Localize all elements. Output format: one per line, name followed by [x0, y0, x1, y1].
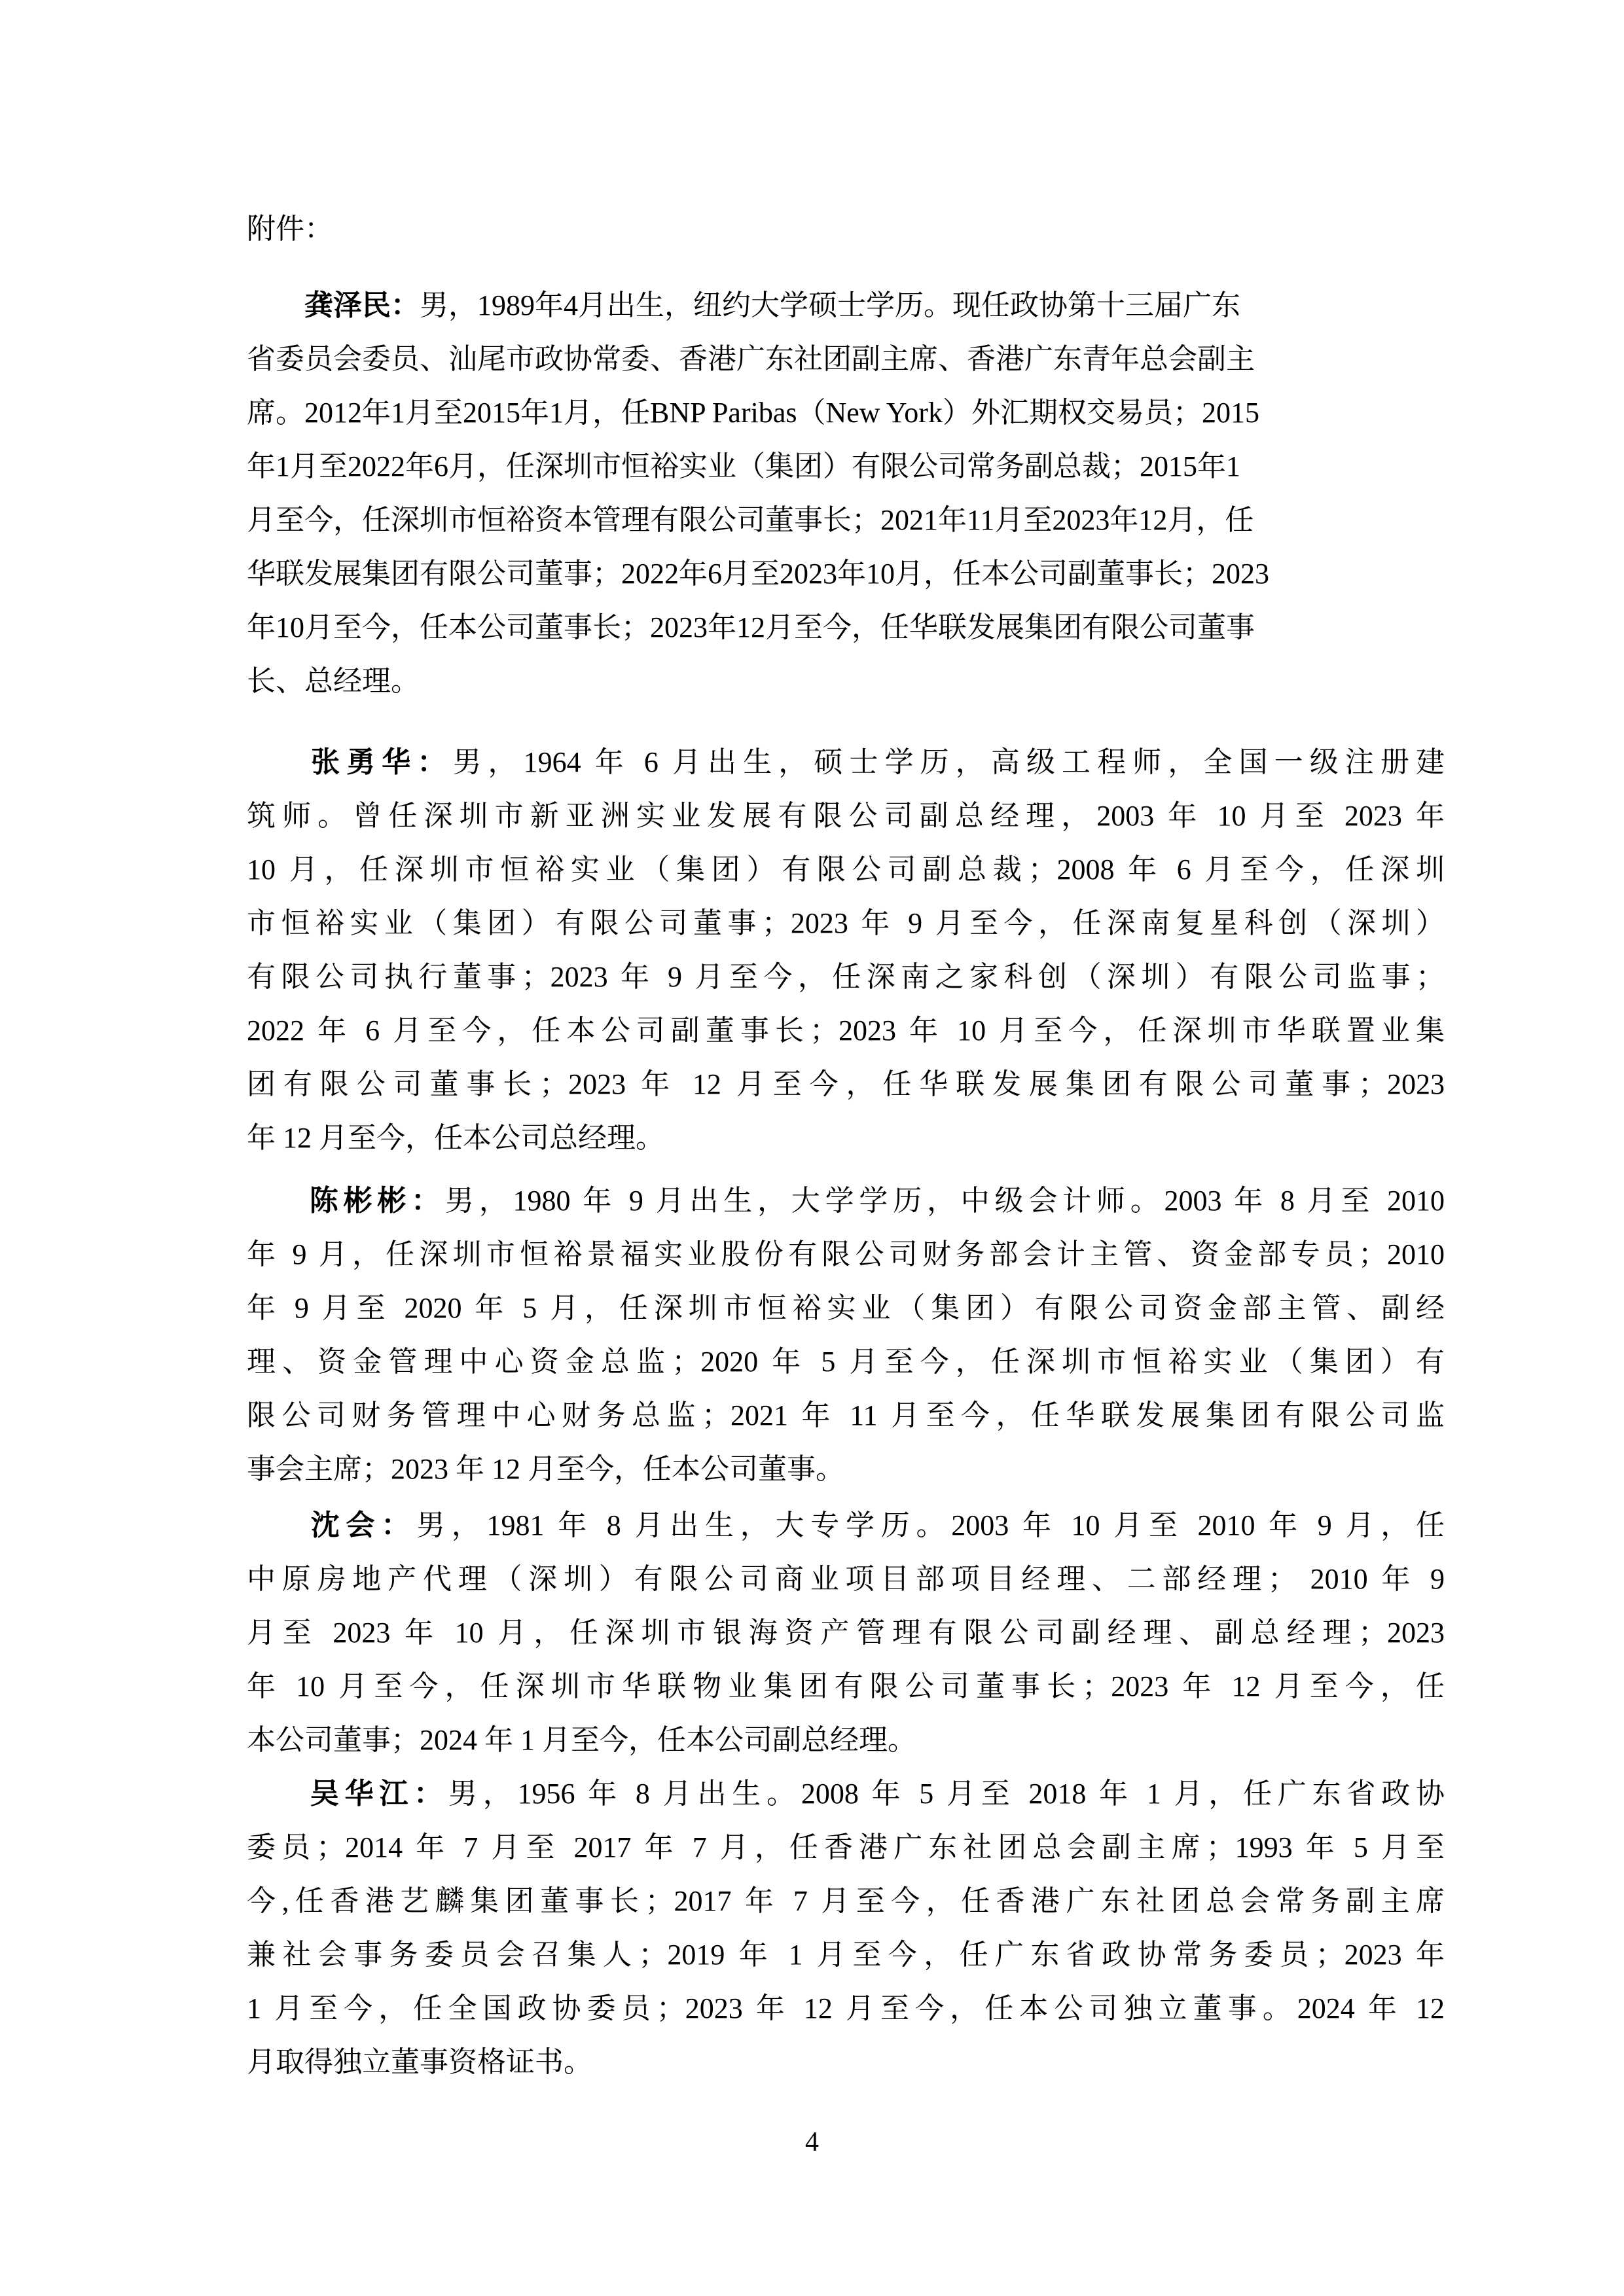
bio-line: 年 12 月至今，任本公司总经理。 — [247, 1111, 1445, 1165]
bio-line: 年1月至2022年6月，任深圳市恒裕实业（集团）有限公司常务副总裁；2015年1 — [247, 440, 1445, 493]
bio-line: 华联发展集团有限公司董事；2022年6月至2023年10月，任本公司副董事长；2… — [247, 547, 1445, 601]
bio-line: 年 9 月，任深圳市恒裕景福实业股份有限公司财务部会计主管、资金部专员；2010 — [247, 1228, 1445, 1282]
page-number: 4 — [0, 2126, 1624, 2158]
bio-line: 年 10 月至今，任深圳市华联物业集团有限公司董事长；2023 年 12 月至今… — [247, 1660, 1445, 1713]
bio-text: 男，1989年4月出生，纽约大学硕士学历。现任政协第十三届广东 — [420, 289, 1240, 321]
bio-paragraph-wuhuajiang: 吴华江：男，1956 年 8 月出生。2008 年 5 月至 2018 年 1 … — [247, 1767, 1445, 2089]
bio-paragraph-gongzemin: 龚泽民：男，1989年4月出生，纽约大学硕士学历。现任政协第十三届广东 省委员会… — [247, 279, 1445, 708]
bio-line: 1 月至今，任全国政协委员；2023 年 12 月至今，任本公司独立董事。202… — [247, 1982, 1445, 2036]
bio-text: 男，1964 年 6 月出生，硕士学历，高级工程师，全国一级注册建 — [452, 746, 1445, 778]
bio-line: 有限公司执行董事；2023 年 9 月至今，任深南之家科创（深圳）有限公司监事； — [247, 950, 1445, 1004]
bio-line: 陈彬彬：男，1980 年 9 月出生，大学学历，中级会计师。2003 年 8 月… — [247, 1174, 1445, 1228]
bio-line: 限公司财务管理中心财务总监；2021 年 11 月至今，任华联发展集团有限公司监 — [247, 1389, 1445, 1443]
person-name: 沈会： — [304, 1509, 416, 1541]
person-name: 龚泽民： — [304, 289, 420, 321]
bio-paragraph-chenbinbin: 陈彬彬：男，1980 年 9 月出生，大学学历，中级会计师。2003 年 8 月… — [247, 1174, 1445, 1496]
bio-line: 兼社会事务委员会召集人；2019 年 1 月至今，任广东省政协常务委员；2023… — [247, 1928, 1445, 1982]
bio-line: 团有限公司董事长；2023 年 12 月至今，任华联发展集团有限公司董事；202… — [247, 1058, 1445, 1111]
bio-line: 事会主席；2023 年 12 月至今，任本公司董事。 — [247, 1443, 1445, 1496]
bio-paragraph-shenhui: 沈会：男，1981 年 8 月出生，大专学历。2003 年 10 月至 2010… — [247, 1499, 1445, 1767]
bio-line: 年 9 月至 2020 年 5 月，任深圳市恒裕实业（集团）有限公司资金部主管、… — [247, 1282, 1445, 1335]
bio-line: 今,任香港艺麟集团董事长；2017 年 7 月至今，任香港广东社团总会常务副主席 — [247, 1874, 1445, 1928]
bio-line: 市恒裕实业（集团）有限公司董事；2023 年 9 月至今，任深南复星科创（深圳） — [247, 897, 1445, 950]
bio-line: 2022 年 6 月至今，任本公司副董事长；2023 年 10 月至今，任深圳市… — [247, 1004, 1445, 1058]
bio-line: 月取得独立董事资格证书。 — [247, 2036, 1445, 2089]
bio-paragraph-zhangyonghua: 张勇华：男，1964 年 6 月出生，硕士学历，高级工程师，全国一级注册建 筑师… — [247, 736, 1445, 1165]
bio-line: 长、总经理。 — [247, 655, 1445, 708]
person-name: 陈彬彬： — [304, 1185, 445, 1217]
bio-line: 席。2012年1月至2015年1月，任BNP Paribas（New York）… — [247, 386, 1445, 440]
bio-line: 省委员会委员、汕尾市政协常委、香港广东社团副主席、香港广东青年总会副主 — [247, 332, 1445, 386]
bio-text: 男，1956 年 8 月出生。2008 年 5 月至 2018 年 1 月，任广… — [448, 1778, 1445, 1810]
bio-line: 委员；2014 年 7 月至 2017 年 7 月，任香港广东社团总会副主席；1… — [247, 1821, 1445, 1874]
bio-line: 理、资金管理中心资金总监；2020 年 5 月至今，任深圳市恒裕实业（集团）有 — [247, 1335, 1445, 1389]
bio-line: 月至 2023 年 10 月，任深圳市银海资产管理有限公司副经理、副总经理；20… — [247, 1606, 1445, 1660]
document-body: 附件： 龚泽民：男，1989年4月出生，纽约大学硕士学历。现任政协第十三届广东 … — [247, 202, 1445, 2089]
bio-text: 男，1981 年 8 月出生，大专学历。2003 年 10 月至 2010 年 … — [416, 1509, 1445, 1541]
bio-line: 吴华江：男，1956 年 8 月出生。2008 年 5 月至 2018 年 1 … — [247, 1767, 1445, 1821]
bio-line: 10 月，任深圳市恒裕实业（集团）有限公司副总裁；2008 年 6 月至今，任深… — [247, 843, 1445, 897]
person-name: 张勇华： — [304, 746, 452, 778]
document-page: 附件： 龚泽民：男，1989年4月出生，纽约大学硕士学历。现任政协第十三届广东 … — [0, 0, 1624, 2296]
bio-line: 沈会：男，1981 年 8 月出生，大专学历。2003 年 10 月至 2010… — [247, 1499, 1445, 1552]
bio-line: 年10月至今，任本公司董事长；2023年12月至今，任华联发展集团有限公司董事 — [247, 601, 1445, 655]
bio-line: 龚泽民：男，1989年4月出生，纽约大学硕士学历。现任政协第十三届广东 — [247, 279, 1445, 332]
bio-line: 筑师。曾任深圳市新亚洲实业发展有限公司副总经理，2003 年 10 月至 202… — [247, 789, 1445, 843]
bio-line: 本公司董事；2024 年 1 月至今，任本公司副总经理。 — [247, 1713, 1445, 1767]
person-name: 吴华江： — [304, 1778, 448, 1810]
bio-line: 张勇华：男，1964 年 6 月出生，硕士学历，高级工程师，全国一级注册建 — [247, 736, 1445, 789]
attachment-label: 附件： — [247, 202, 1445, 256]
bio-text: 男，1980 年 9 月出生，大学学历，中级会计师。2003 年 8 月至 20… — [445, 1185, 1445, 1217]
bio-line: 中原房地产代理（深圳）有限公司商业项目部项目经理、二部经理； 2010 年 9 — [247, 1552, 1445, 1606]
bio-line: 月至今，任深圳市恒裕资本管理有限公司董事长；2021年11月至2023年12月，… — [247, 493, 1445, 547]
